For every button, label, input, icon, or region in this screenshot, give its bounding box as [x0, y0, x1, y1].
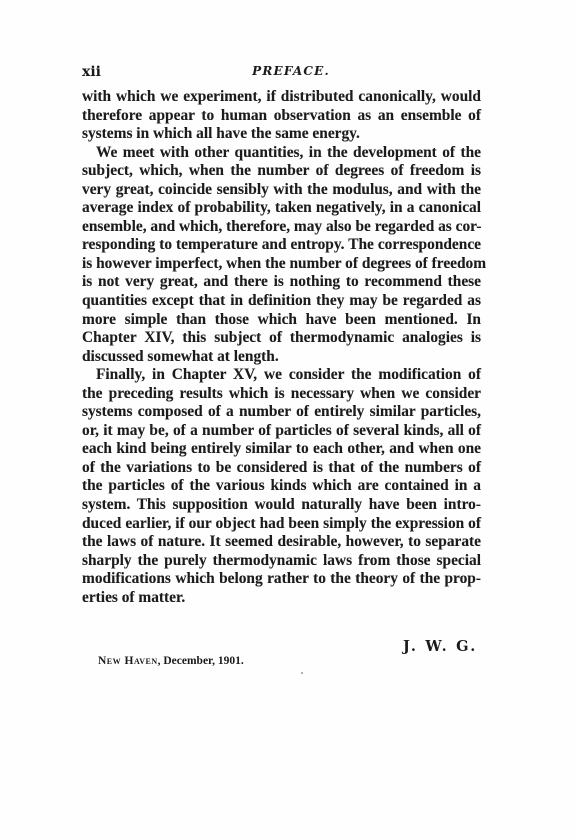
text-line: of the variations to be considered is th… — [82, 459, 481, 478]
text-line: modifications which belong rather to the… — [82, 570, 481, 589]
text-line: with which we experiment, if distributed… — [82, 88, 481, 107]
text-line: system. This supposition would naturally… — [82, 496, 481, 515]
text-line: responding to temperature and entropy. T… — [82, 236, 481, 255]
text-line: quantities except that in definition the… — [82, 292, 481, 311]
text-line: sharply the purely thermodynamic laws fr… — [82, 552, 481, 571]
text-line: more simple than those which have been m… — [82, 311, 481, 330]
dateline: New Haven, December, 1901. — [98, 655, 244, 667]
text-line: very great, coincide sensibly with the m… — [82, 181, 481, 200]
running-head: PREFACE. — [0, 64, 576, 78]
text-line: duced earlier, if our object had been si… — [82, 515, 481, 534]
text-line: is however imperfect, when the number of… — [82, 255, 481, 274]
text-line: the laws of nature. It seemed desirable,… — [82, 533, 481, 552]
print-speck — [301, 672, 303, 674]
text-line: systems composed of a number of entirely… — [82, 403, 481, 422]
text-line: therefore appear to human observation as… — [82, 107, 481, 126]
preface-body: with which we experiment, if distributed… — [82, 88, 481, 607]
text-line: each kind being entirely similar to each… — [82, 440, 481, 459]
text-line: systems in which all have the same energ… — [82, 125, 481, 144]
text-line: erties of matter. — [82, 589, 481, 608]
paragraph-1: with which we experiment, if distributed… — [82, 88, 481, 144]
text-line: the preceding results which is necessary… — [82, 385, 481, 404]
text-line: Chapter XIV, this subject of thermodynam… — [82, 329, 481, 348]
dateline-date: , December, 1901. — [158, 655, 244, 667]
text-line: Finally, in Chapter XV, we consider the … — [82, 366, 481, 385]
text-line: We meet with other quantities, in the de… — [82, 144, 481, 163]
text-line: is not very great, and there is nothing … — [82, 273, 481, 292]
paragraph-3: Finally, in Chapter XV, we consider the … — [82, 366, 481, 607]
running-head-title: PREFACE. — [252, 64, 330, 78]
paragraph-2: We meet with other quantities, in the de… — [82, 144, 481, 367]
text-line: average index of probability, taken nega… — [82, 199, 481, 218]
dateline-place: New Haven — [98, 655, 158, 667]
author-initials: J. W. G. — [403, 638, 477, 655]
text-line: subject, which, when the number of degre… — [82, 162, 481, 181]
text-line: ensemble, and which, therefore, may also… — [82, 218, 481, 237]
text-line: or, it may be, of a number of particles … — [82, 422, 481, 441]
book-page: xii PREFACE. with which we experiment, i… — [0, 0, 576, 838]
text-line: the particles of the various kinds which… — [82, 477, 481, 496]
text-line: discussed somewhat at length. — [82, 348, 481, 367]
